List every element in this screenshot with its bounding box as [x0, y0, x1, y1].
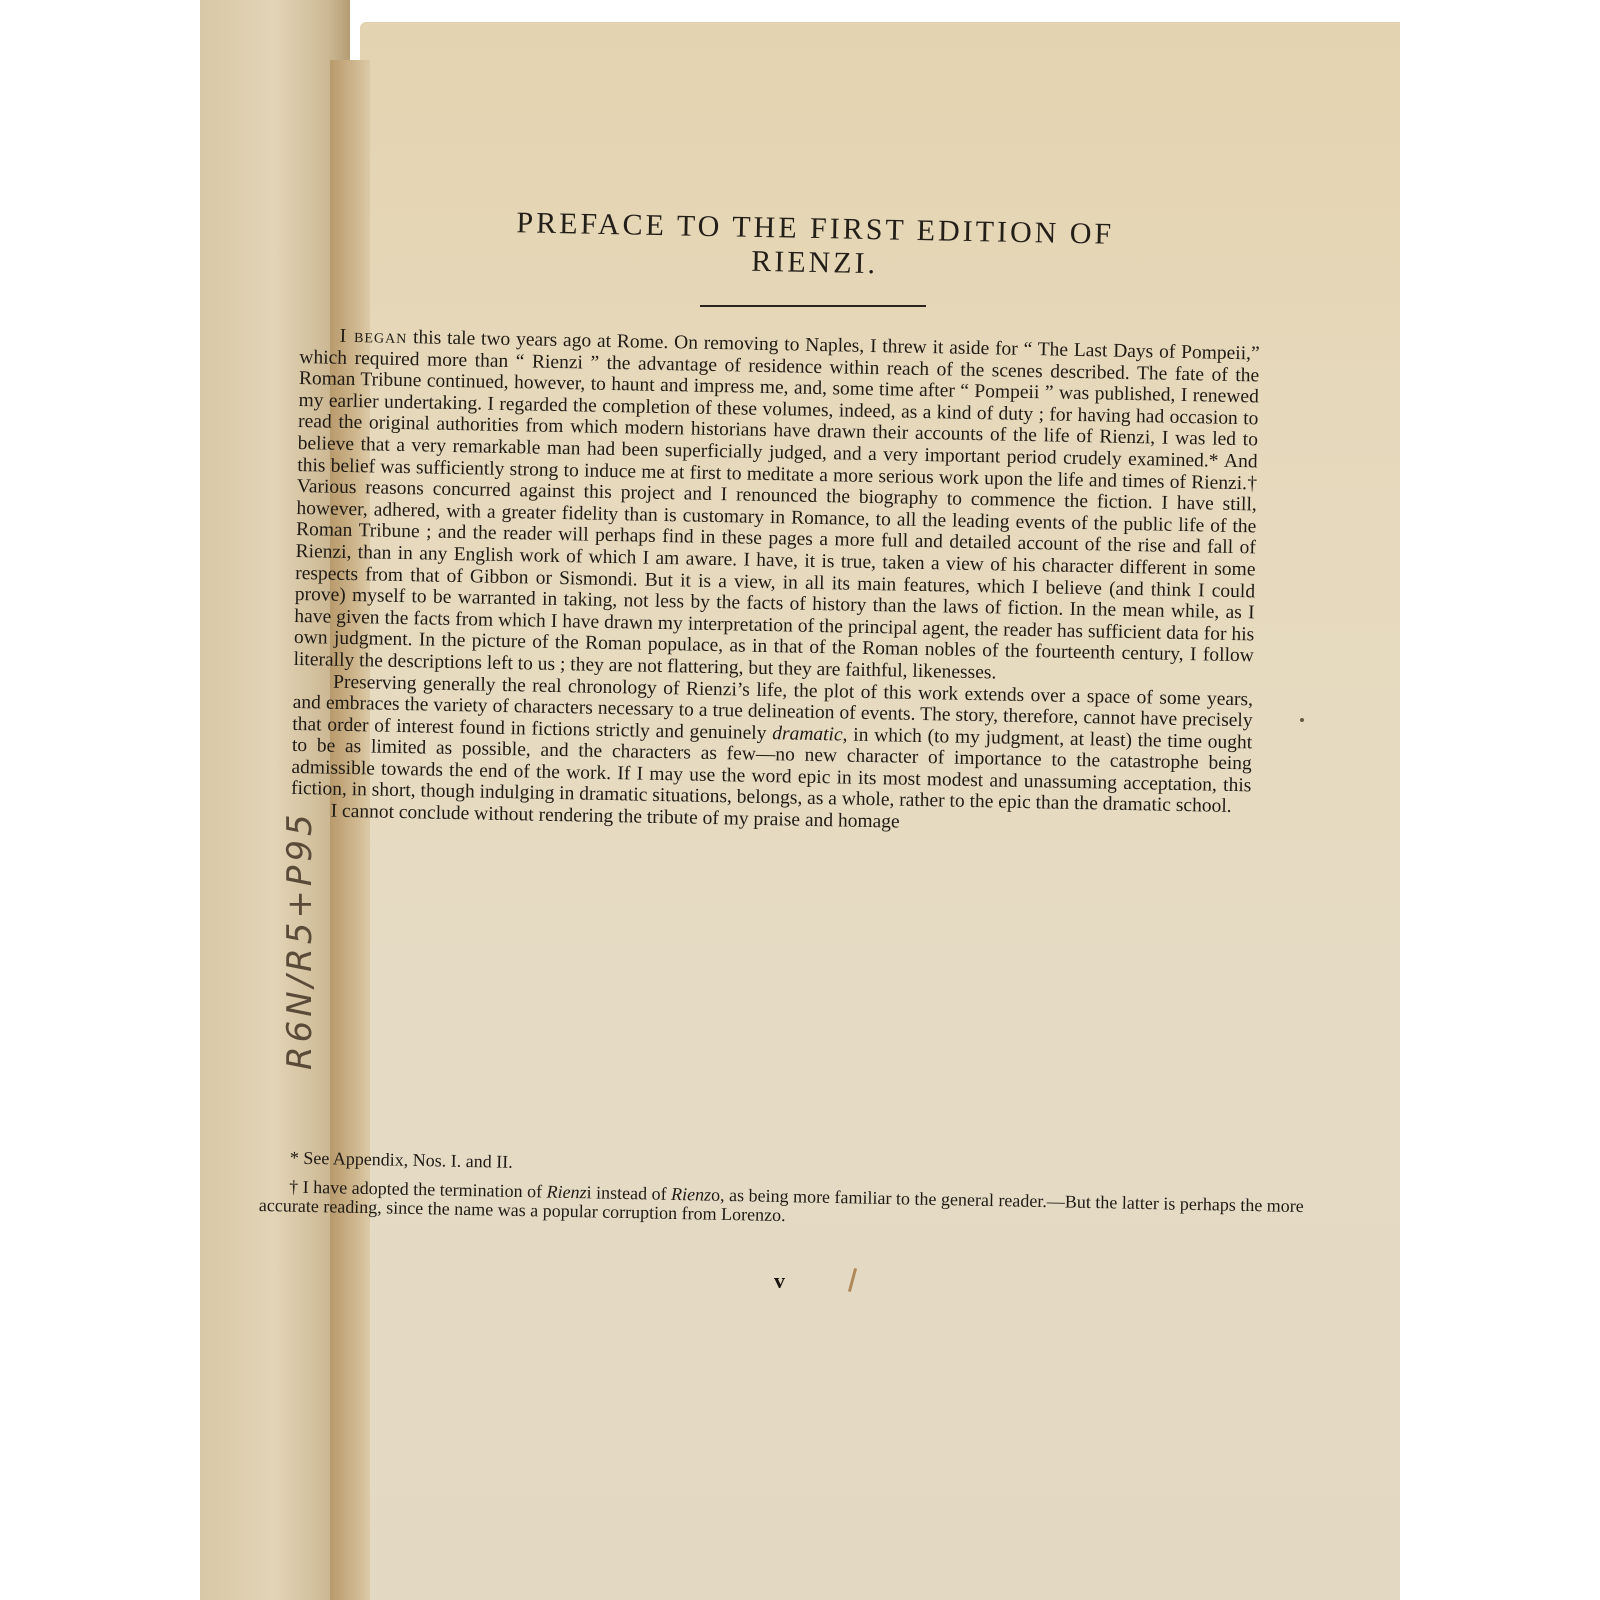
preface-body: I began this tale two years ago at Rome.… [290, 325, 1259, 840]
footnote-mark: † [289, 1177, 298, 1197]
ink-speck [1300, 718, 1304, 722]
paragraph-1: I began this tale two years ago at Rome.… [293, 325, 1259, 689]
title-divider [700, 305, 926, 307]
footnote-mark: * [290, 1148, 299, 1168]
paragraph-2: Preserving generally the real chronology… [291, 670, 1253, 818]
italic-word: Rienz [671, 1184, 711, 1205]
footnote-1-text: See Appendix, Nos. I. and II. [299, 1148, 513, 1172]
page-number: v [774, 1268, 785, 1294]
italic-word: Rienz [546, 1182, 586, 1203]
footnote-2: † I have adopted the termination of Rien… [259, 1177, 1315, 1235]
paragraph-1-text: this tale two years ago at Rome. On remo… [293, 327, 1259, 683]
drop-lead: I began [340, 326, 408, 348]
italic-word: dramatic [772, 723, 843, 745]
book-gutter [330, 60, 370, 1600]
